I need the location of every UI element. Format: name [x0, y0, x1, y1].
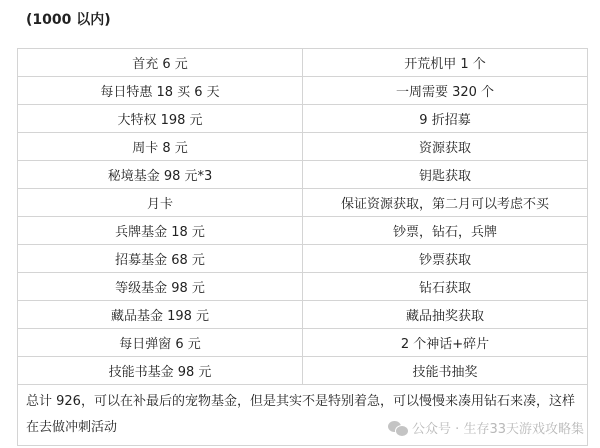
- note-cell: 技能书抽奖: [303, 357, 588, 385]
- note-cell: 钥匙获取: [303, 161, 588, 189]
- table-row: 藏品基金 198 元 藏品抽奖获取: [18, 301, 588, 329]
- table-row: 每日弹窗 6 元 2 个神话+碎片: [18, 329, 588, 357]
- item-cell: 等级基金 98 元: [18, 273, 303, 301]
- note-cell: 一周需要 320 个: [303, 77, 588, 105]
- note-cell: 资源获取: [303, 133, 588, 161]
- note-cell: 保证资源获取，第二月可以考虑不买: [303, 189, 588, 217]
- item-cell: 兵牌基金 18 元: [18, 217, 303, 245]
- note-cell: 开荒机甲 1 个: [303, 49, 588, 77]
- note-cell: 藏品抽奖获取: [303, 301, 588, 329]
- table-row: 首充 6 元 开荒机甲 1 个: [18, 49, 588, 77]
- wechat-icon: [388, 420, 408, 436]
- watermark-text: 公众号 · 生存33天游戏攻略集: [412, 418, 584, 437]
- table-row: 招募基金 68 元 钞票获取: [18, 245, 588, 273]
- item-cell: 藏品基金 198 元: [18, 301, 303, 329]
- note-cell: 钻石获取: [303, 273, 588, 301]
- table-row: 秘境基金 98 元*3 钥匙获取: [18, 161, 588, 189]
- watermark: 公众号 · 生存33天游戏攻略集: [388, 418, 584, 437]
- table-row: 每日特惠 18 买 6 天 一周需要 320 个: [18, 77, 588, 105]
- note-cell: 2 个神话+碎片: [303, 329, 588, 357]
- table-row: 月卡 保证资源获取，第二月可以考虑不买: [18, 189, 588, 217]
- table-row: 等级基金 98 元 钻石获取: [18, 273, 588, 301]
- table-row: 周卡 8 元 资源获取: [18, 133, 588, 161]
- note-cell: 钞票获取: [303, 245, 588, 273]
- item-cell: 技能书基金 98 元: [18, 357, 303, 385]
- spending-table: 首充 6 元 开荒机甲 1 个 每日特惠 18 买 6 天 一周需要 320 个…: [17, 48, 588, 446]
- note-cell: 9 折招募: [303, 105, 588, 133]
- table-row: 大特权 198 元 9 折招募: [18, 105, 588, 133]
- item-cell: 招募基金 68 元: [18, 245, 303, 273]
- item-cell: 首充 6 元: [18, 49, 303, 77]
- section-heading: (1000 以内): [26, 9, 111, 29]
- item-cell: 月卡: [18, 189, 303, 217]
- note-cell: 钞票，钻石，兵牌: [303, 217, 588, 245]
- item-cell: 秘境基金 98 元*3: [18, 161, 303, 189]
- item-cell: 每日弹窗 6 元: [18, 329, 303, 357]
- item-cell: 大特权 198 元: [18, 105, 303, 133]
- table-row: 兵牌基金 18 元 钞票，钻石，兵牌: [18, 217, 588, 245]
- table-row: 技能书基金 98 元 技能书抽奖: [18, 357, 588, 385]
- item-cell: 每日特惠 18 买 6 天: [18, 77, 303, 105]
- item-cell: 周卡 8 元: [18, 133, 303, 161]
